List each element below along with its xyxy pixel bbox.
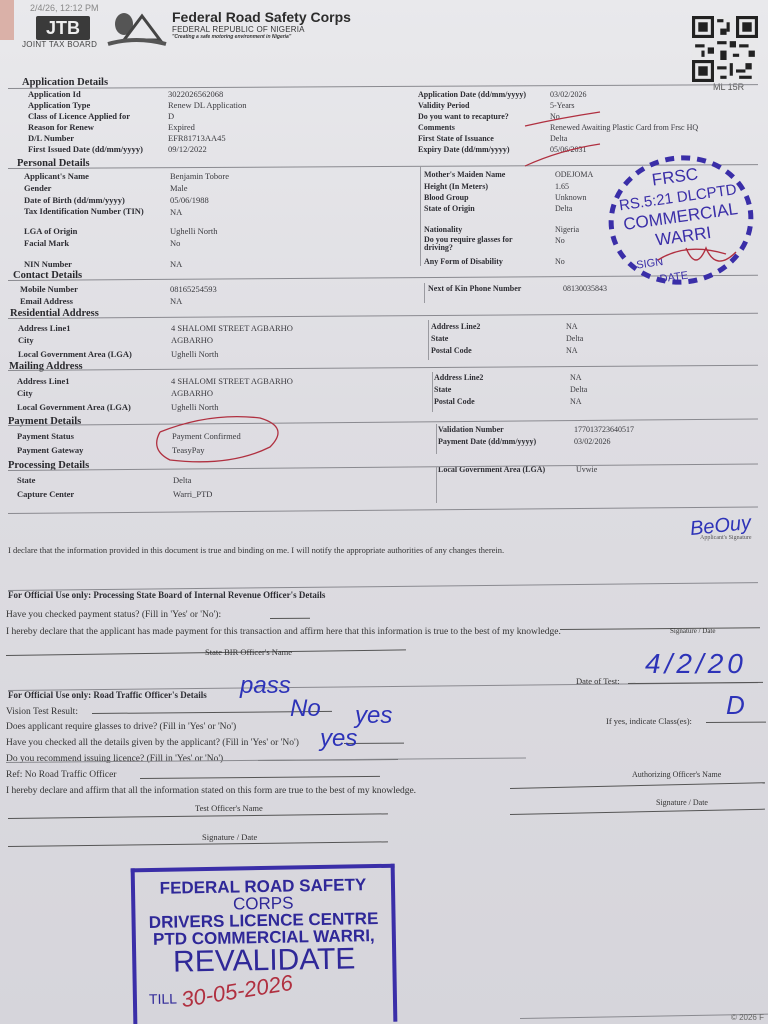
field-value: Warri_PTD — [173, 489, 212, 499]
divider — [8, 365, 758, 371]
field-label: Local Government Area (LGA) — [18, 349, 132, 359]
field-label: First Issued Date (dd/mm/yyyy) — [28, 144, 143, 154]
field-label: Facial Mark — [24, 238, 69, 248]
column-divider — [436, 467, 437, 503]
org-subtitle: FEDERAL REPUBLIC OF NIGERIA — [172, 25, 305, 34]
classes-label: If yes, indicate Class(es): — [606, 716, 692, 726]
field-label: Expiry Date (dd/mm/yyyy) — [418, 145, 510, 154]
field-label: Payment Status — [17, 431, 74, 441]
field-label: Postal Code — [431, 346, 472, 355]
application-details-heading: Application Details — [22, 77, 108, 88]
field-value: Expired — [168, 122, 195, 132]
svg-text:FRSC: FRSC — [651, 164, 699, 189]
field-label: Do you require glasses for driving? — [424, 236, 534, 252]
field-value: 09/12/2022 — [168, 144, 207, 154]
field-value: Delta — [570, 385, 587, 394]
signature-line — [8, 841, 388, 847]
field-value: 05/06/1988 — [170, 195, 209, 205]
copyright: © 2026 F — [731, 1013, 764, 1022]
bir-signature-caption: Signature / Date — [670, 627, 716, 635]
field-label: Do you want to recapture? — [418, 112, 509, 121]
rto-declaration: I hereby declare and affirm that all the… — [6, 786, 416, 796]
field-value: 03/02/2026 — [574, 437, 610, 446]
field-value: 03/02/2026 — [550, 90, 586, 99]
field-label: Next of Kin Phone Number — [428, 284, 521, 293]
field-label: Applicant's Name — [24, 171, 89, 181]
field-label: Address Line2 — [434, 373, 483, 382]
field-value: NA — [170, 259, 182, 269]
field-label: City — [18, 335, 34, 345]
divider — [8, 463, 758, 471]
column-divider — [432, 372, 433, 412]
org-title: Federal Road Safety Corps — [172, 9, 351, 25]
field-label: Any Form of Disability — [424, 257, 503, 266]
column-divider — [424, 283, 425, 303]
bir-declaration: I hereby declare that the applicant has … — [6, 627, 561, 637]
field-label: Application Type — [28, 100, 90, 110]
frsc-round-stamp: FRSC RS.5:21 DLCPTD COMMERCIAL WARRI SIG… — [606, 152, 756, 287]
field-label: Application Date (dd/mm/yyyy) — [418, 90, 526, 99]
field-value: Delta — [555, 204, 572, 213]
column-divider — [428, 320, 429, 360]
field-value: 08130035843 — [563, 284, 607, 293]
field-value: NA — [170, 296, 182, 306]
field-label: Local Government Area (LGA) — [17, 402, 131, 412]
jtb-logo: JTB — [36, 16, 90, 40]
field-label: Validation Number — [438, 425, 504, 434]
field-value: Male — [170, 183, 187, 193]
field-value: No — [555, 236, 565, 245]
field-label: Reason for Renew — [28, 122, 94, 132]
field-value: NA — [170, 207, 182, 217]
details-checked-question: Have you checked all the details given b… — [6, 738, 299, 748]
field-label: LGA of Origin — [24, 226, 77, 236]
field-value: Ughelli North — [170, 226, 217, 236]
field-label: Tax Identification Number (TIN) — [24, 207, 164, 216]
divider — [8, 418, 758, 426]
glasses-question: Does applicant require glasses to drive?… — [6, 722, 236, 732]
field-label: Address Line1 — [17, 376, 70, 386]
field-label: First State of Issuance — [418, 134, 494, 143]
divider — [8, 84, 758, 89]
field-value: No — [170, 238, 180, 248]
field-label: Nationality — [424, 225, 462, 234]
field-label: Mother's Maiden Name — [424, 170, 505, 179]
field-value: No — [555, 257, 565, 266]
details-checked-answer: yes — [355, 702, 392, 730]
field-label: Application Id — [28, 89, 81, 99]
field-label: Address Line1 — [18, 323, 71, 333]
field-label: D/L Number — [28, 133, 74, 143]
field-value: NA — [570, 373, 582, 382]
field-value: 5-Years — [550, 101, 575, 110]
authorizing-officer-caption: Authorizing Officer's Name — [632, 770, 721, 779]
authorizing-signature-caption: Signature / Date — [656, 798, 708, 807]
org-motto: "Creating a safe motoring environment in… — [172, 34, 291, 40]
signature-line — [510, 809, 765, 815]
field-value: NA — [566, 346, 578, 355]
field-label: State of Origin — [424, 204, 475, 213]
signature-line — [560, 627, 760, 630]
photo-timestamp: 2/4/26, 12:12 PM — [30, 3, 99, 13]
field-value: Unknown — [555, 193, 587, 202]
bir-payment-question: Have you checked payment status? (Fill i… — [6, 610, 221, 620]
applicant-signature-caption: Applicant's Signature — [700, 535, 752, 541]
field-label: Mobile Number — [20, 284, 78, 294]
test-officer-name-caption: Test Officer's Name — [195, 803, 263, 813]
field-label: Comments — [418, 123, 455, 132]
jtb-label: JOINT TAX BOARD — [22, 40, 97, 49]
divider — [8, 506, 758, 514]
bir-officer-name-caption: State BIR Officer's Name — [205, 647, 292, 657]
revalidate-stamp: FEDERAL ROAD SAFETY CORPS DRIVERS LICENC… — [131, 864, 398, 1024]
field-value: 4 SHALOMI STREET AGBARHO — [171, 323, 293, 333]
field-label: NIN Number — [24, 259, 72, 269]
column-divider — [420, 166, 421, 266]
field-value: Renew DL Application — [168, 100, 247, 110]
field-value: AGBARHO — [171, 335, 213, 345]
test-officer-signature-caption: Signature / Date — [202, 832, 257, 842]
field-label: Capture Center — [17, 489, 74, 499]
recommend-answer: yes — [320, 725, 357, 753]
field-label: City — [17, 388, 33, 398]
answer-line — [706, 722, 766, 723]
field-label: Gender — [24, 183, 51, 193]
field-label: Class of Licence Applied for — [28, 111, 130, 121]
field-label: State — [434, 385, 451, 394]
field-value: NA — [570, 397, 582, 406]
date-of-test-label: Date of Test: — [576, 676, 620, 686]
field-value: 177013723640517 — [574, 425, 634, 434]
name-line — [510, 782, 765, 789]
field-value: 4 SHALOMI STREET AGBARHO — [171, 376, 293, 386]
field-value: D — [168, 111, 174, 121]
field-value: Benjamin Tobore — [170, 171, 229, 181]
field-label: Validity Period — [418, 101, 469, 110]
field-value: Nigeria — [555, 225, 579, 234]
field-label: Address Line2 — [431, 322, 480, 331]
glasses-answer: No — [290, 695, 321, 723]
name-line — [8, 813, 388, 819]
classes-value: D — [726, 690, 745, 721]
coat-of-arms-icon — [104, 10, 168, 48]
payment-circle-annotation — [150, 412, 290, 467]
answer-line — [140, 776, 380, 779]
divider — [8, 313, 758, 319]
field-label: Payment Gateway — [17, 445, 83, 455]
field-label: Postal Code — [434, 397, 475, 406]
paper-corner — [0, 0, 14, 40]
rto-section-heading: For Official Use only: Road Traffic Offi… — [8, 690, 207, 700]
date-of-test-value: 4/2/20 — [645, 648, 747, 680]
vision-test-result: pass — [240, 672, 291, 700]
field-label: Blood Group — [424, 193, 469, 202]
answer-line — [270, 618, 310, 619]
ref-label: Ref: No Road Traffic Officer — [6, 770, 116, 780]
field-value: EFR81713AA45 — [168, 133, 226, 143]
field-value: Delta — [173, 475, 191, 485]
svg-text:DATE: DATE — [659, 270, 689, 286]
declaration-text: I declare that the information provided … — [8, 545, 504, 555]
field-label: State — [431, 334, 448, 343]
field-value: NA — [566, 322, 578, 331]
field-value: 3022026562068 — [168, 89, 223, 99]
field-value: Uvwie — [576, 465, 597, 474]
field-value: Ughelli North — [171, 402, 218, 412]
field-label: Height (In Meters) — [424, 182, 488, 191]
field-value: 08165254593 — [170, 284, 217, 294]
field-value: Ughelli North — [171, 349, 218, 359]
field-label: Date of Birth (dd/mm/yyyy) — [24, 195, 125, 205]
bir-section-heading: For Official Use only: Processing State … — [8, 590, 325, 600]
field-label: State — [17, 475, 35, 485]
qr-code-icon — [690, 16, 760, 82]
column-divider — [436, 424, 437, 454]
field-label: Email Address — [20, 296, 73, 306]
field-value: Delta — [566, 334, 583, 343]
field-label: Payment Date (dd/mm/yyyy) — [438, 437, 536, 446]
pen-mark-annotation — [520, 110, 610, 190]
vision-test-label: Vision Test Result: — [6, 707, 78, 717]
field-value: AGBARHO — [171, 388, 213, 398]
